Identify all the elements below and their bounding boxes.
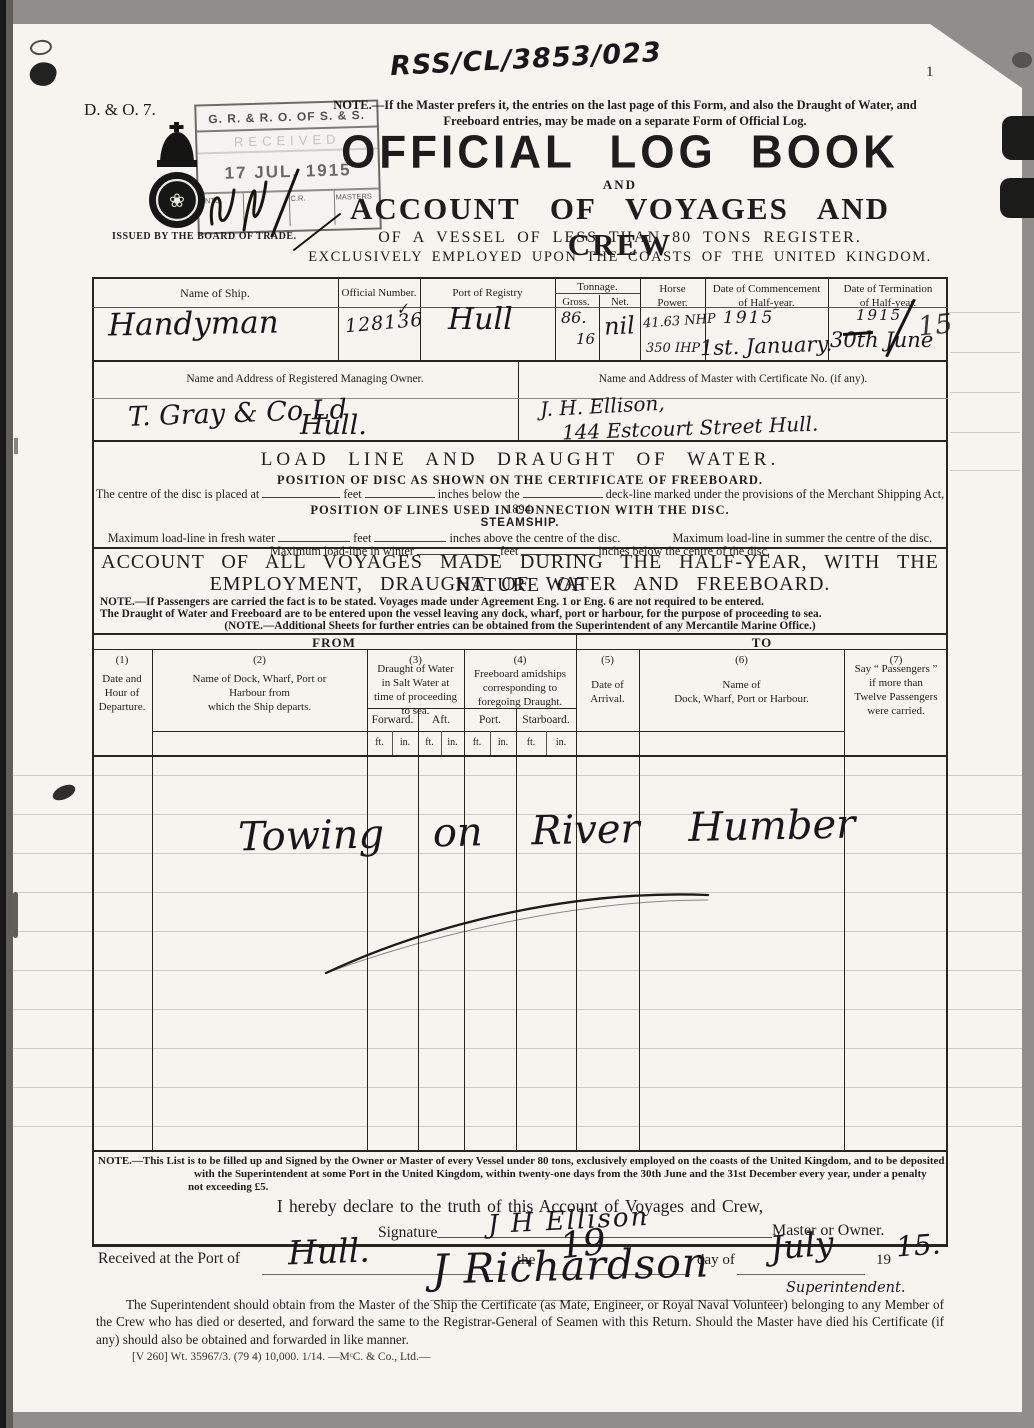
value-commencement-year: 1915 [723, 308, 774, 328]
form-code: D. & O. 7. [84, 100, 156, 120]
superintendent-signature: J Richardson [431, 1238, 709, 1293]
col1-label: Date and Hour of Departure. [92, 672, 152, 714]
received-port-value: Hull. [287, 1231, 370, 1273]
summer-line: Maximum load-line in summer the centre o… [673, 531, 933, 545]
steamship-label: STEAMSHIP. [92, 517, 948, 529]
voyages-title-line2: EMPLOYMENT, DRAUGHT OF WATER AND FREEBOA… [92, 573, 948, 596]
load-line-title: LOAD LINE AND DRAUGHT OF WATER. [92, 449, 948, 471]
header-commencement: Date of Commencement of Half-year. [705, 282, 828, 310]
header-official-number: Official Number. [338, 286, 420, 300]
printer-imprint-line: [V 260] Wt. 35967/3. (79 4) 10,000. 1/14… [132, 1351, 430, 1363]
year-prefix-label: 19 [876, 1252, 891, 1269]
received-year-value: 15. [895, 1227, 942, 1263]
footer-note-line1: NOTE.—This List is to be filled up and S… [98, 1155, 944, 1167]
value-net: nil [603, 311, 635, 341]
from-header: FROM [92, 635, 576, 651]
value-ship-name: Handyman [108, 305, 279, 344]
value-port: Hull [448, 302, 513, 337]
centre-pre: The centre of the disc is placed at [96, 487, 259, 501]
col2-number: (2) [152, 653, 367, 667]
value-horse-power-2: 350 IHP [646, 341, 700, 356]
feet-label: feet [343, 487, 361, 501]
ft-label: ft. [464, 737, 490, 748]
in-label: in. [441, 737, 464, 748]
coasts-line: EXCLUSIVELY EMPLOYED UPON THE COASTS OF … [305, 249, 935, 266]
pen-flourish [320, 878, 715, 978]
footer-note-line3: not exceeding £5. [188, 1181, 268, 1193]
vessel-line: OF A VESSEL OF LESS THAN 80 TONS REGISTE… [305, 229, 935, 247]
board-of-trade-seal-icon: ❀ [148, 122, 206, 234]
value-gross-a: 86. [561, 308, 586, 327]
superintendent-label: Superintendent. [786, 1280, 905, 1296]
col5-number: (5) [576, 653, 639, 667]
top-note: NOTE.—If the Master prefers it, the entr… [322, 98, 928, 129]
fresh-pre: Maximum load-line in fresh water [108, 531, 275, 545]
value-gross-b: 16 [576, 330, 595, 348]
voyages-note3: (NOTE.—Additional Sheets for further ent… [92, 620, 948, 632]
subheader-aft: Aft. [418, 713, 464, 728]
scanned-log-book-page: RSS/CL/3853/023 1 D. & O. 7. G. R. & R. … [0, 0, 1034, 1428]
issued-by-line: ISSUED BY THE BOARD OF TRADE. [112, 231, 297, 242]
header-horse-power: Horse Power. [640, 282, 705, 310]
to-header: TO [576, 635, 948, 651]
col7-label: Say “ Passengers ” if more than Twelve P… [844, 662, 948, 718]
col1-number: (1) [92, 653, 152, 667]
value-commencement-date: 1st. January. [700, 332, 833, 361]
in-label: in. [546, 737, 576, 748]
received-month-value: July [768, 1223, 835, 1267]
value-owner-city: Hull. [300, 410, 367, 441]
page-title: OFFICIAL LOG BOOK [305, 127, 935, 180]
svg-text:❀: ❀ [169, 191, 185, 212]
subheader-port: Port. [464, 713, 516, 728]
feet-label: feet [353, 531, 371, 545]
position-disc-line: POSITION OF DISC AS SHOWN ON THE CERTIFI… [92, 473, 948, 488]
ft-label: ft. [516, 737, 546, 748]
value-termination-year-suffix: 15 [916, 308, 953, 342]
header-tonnage: Tonnage. [555, 280, 640, 294]
subheader-starboard: Starboard. [516, 713, 576, 728]
voyages-note2: The Draught of Water and Freeboard are t… [100, 608, 822, 620]
col3-label: Draught of Water in Salt Water at time o… [367, 662, 464, 718]
ft-label: ft. [418, 737, 441, 748]
page-number: 1 [926, 64, 934, 81]
position-lines-line: POSITION OF LINES USED IN CONNECTION WIT… [92, 503, 948, 518]
fresh-post: inches above the centre of the disc. [450, 531, 621, 545]
superintendent-paragraph: The Superintendent should obtain from th… [96, 1296, 944, 1348]
in-label: in. [392, 737, 418, 748]
col4-number: (4) [464, 653, 576, 667]
col4-label: Freeboard amidships corresponding to for… [464, 667, 576, 709]
subheader-forward: Forward. [367, 713, 418, 728]
label-master: Name and Address of Master with Certific… [518, 372, 948, 387]
col5-label: Date of Arrival. [576, 678, 639, 706]
inches-below-label: inches below the [438, 487, 520, 501]
header-port-of-registry: Port of Registry [420, 286, 555, 300]
received-at-port-label: Received at the Port of [98, 1250, 240, 1268]
col2-label: Name of Dock, Wharf, Port or Harbour fro… [152, 672, 367, 714]
header-name-of-ship: Name of Ship. [92, 286, 338, 301]
col6-number: (6) [639, 653, 844, 667]
signature-label: Signature [378, 1224, 437, 1242]
in-label: in. [490, 737, 516, 748]
ft-label: ft. [367, 737, 392, 748]
label-managing-owner: Name and Address of Registered Managing … [92, 372, 518, 387]
header-net: Net. [600, 296, 640, 309]
col6-label: Name of Dock, Wharf, Port or Harbour. [639, 678, 844, 706]
footer-note-line2: with the Superintendent at some Port in … [194, 1168, 927, 1180]
voyages-note1: NOTE.—If Passengers are carried the fact… [100, 596, 764, 608]
